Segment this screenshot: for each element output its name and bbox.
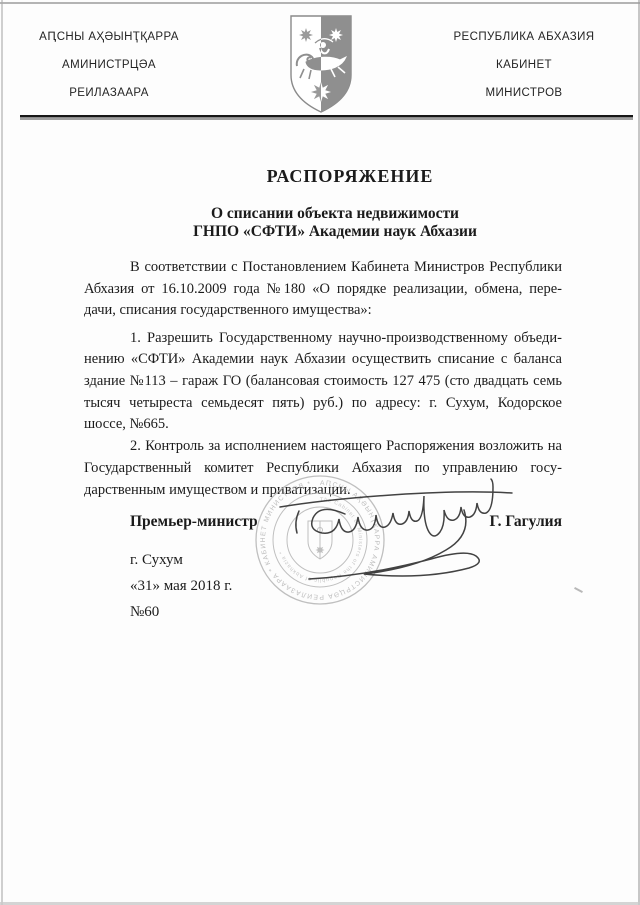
paragraph-line: дачи, списания государственного имуществ…: [84, 300, 562, 322]
letterhead-divider: [20, 115, 633, 120]
paragraph: 1. Разрешить Государственному научно-про…: [84, 328, 562, 437]
paragraph-line: 1. Разрешить Государственному научно-про…: [84, 328, 562, 350]
letterhead-line: АМИНИСТРЦӘА: [30, 51, 188, 79]
document-body: В соответствии с Постановлением Кабинета…: [84, 257, 562, 501]
handwritten-signature: [262, 478, 527, 611]
letterhead-line: МИНИСТРОВ: [445, 79, 603, 107]
paragraph: В соответствии с Постановлением Кабинета…: [84, 257, 562, 322]
scan-edge-top: [0, 2, 640, 4]
letterhead-russian: РЕСПУБЛИКА АБХАЗИЯКАБИНЕТМИНИСТРОВ: [445, 23, 603, 107]
paragraph-line: тысяч четыреста семьдесят пять) руб.) по…: [84, 393, 562, 415]
scan-speck: [574, 587, 583, 593]
paragraph-line: 2. Контроль за исполнением настоящего Ра…: [84, 436, 562, 458]
letterhead-line: РЕСПУБЛИКА АБХАЗИЯ: [445, 23, 603, 51]
letterhead-line: АԤСНЫ АҲӘЫНҬҚАРРА: [30, 23, 188, 51]
issue-detail-line: «31» мая 2018 г.: [130, 573, 232, 599]
document-title: РАСПОРЯЖЕНИЕ: [70, 166, 630, 187]
letterhead-abkhaz: АԤСНЫ АҲӘЫНҬҚАРРААМИНИСТРЦӘАРЕИЛАЗААРА: [30, 23, 188, 107]
letterhead-line: РЕИЛАЗААРА: [30, 79, 188, 107]
scan-edge-left: [1, 0, 3, 905]
letterhead-line: КАБИНЕТ: [445, 51, 603, 79]
paragraph-line: здание №113 – гараж ГО (балансовая стоим…: [84, 371, 562, 393]
signer-role: Премьер-министр: [130, 513, 258, 531]
document-subject: О списании объекта недвижимостиГНПО «СФТ…: [30, 205, 640, 240]
issue-detail-line: №60: [130, 599, 232, 625]
paragraph-line: Абхазия от 16.10.2009 года №180 «О поряд…: [84, 279, 562, 301]
paragraph-line: нению «СФТИ» Академии наук Абхазии осуще…: [84, 349, 562, 371]
issue-details: г. Сухум«31» мая 2018 г.№60: [130, 547, 232, 625]
subject-line: ГНПО «СФТИ» Академии наук Абхазии: [30, 223, 640, 241]
issue-detail-line: г. Сухум: [130, 547, 232, 573]
scanned-document-page: АԤСНЫ АҲӘЫНҬҚАРРААМИНИСТРЦӘАРЕИЛАЗААРА: [0, 0, 640, 905]
coat-of-arms-of-abkhazia-icon: [286, 12, 356, 120]
paragraph-line: шоссе, №665.: [84, 414, 562, 436]
paragraph-line: В соответствии с Постановлением Кабинета…: [84, 257, 562, 279]
subject-line: О списании объекта недвижимости: [30, 205, 640, 223]
